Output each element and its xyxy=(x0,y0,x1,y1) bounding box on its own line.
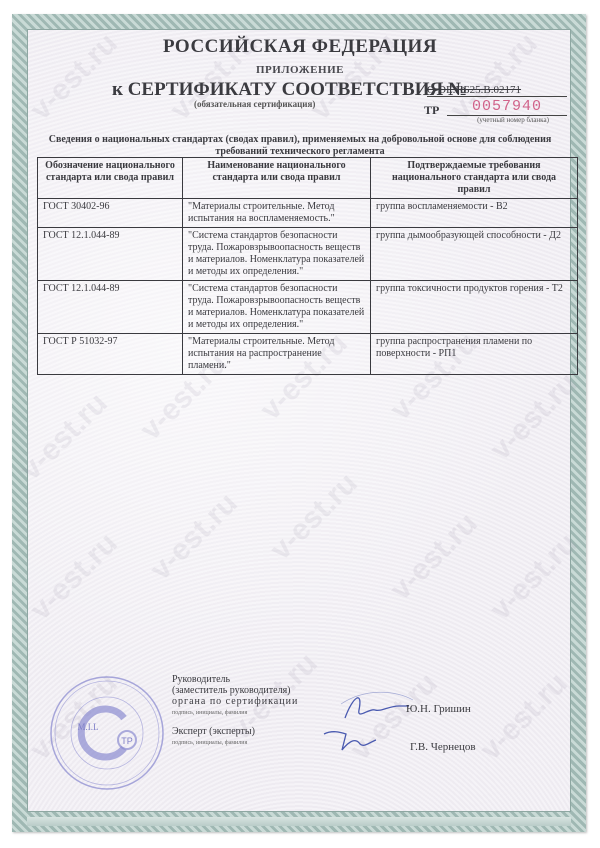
form-number-caption: (учетный номер бланка) xyxy=(458,116,568,124)
expert-label: Эксперт (эксперты) xyxy=(172,726,255,737)
certification-type: (обязательная сертификация) xyxy=(194,99,315,109)
column-header-code: Обозначение национального стандарта или … xyxy=(38,158,183,199)
standards-table: Обозначение национального стандарта или … xyxy=(37,157,578,375)
certificate-title: к СЕРТИФИКАТУ СООТВЕТСТВИЯ № xyxy=(112,79,467,101)
head-signature-icon xyxy=(335,686,415,726)
column-header-name: Наименование национального стандарта или… xyxy=(183,158,371,199)
column-header-requirement: Подтверждаемые требования национального … xyxy=(371,158,578,199)
standard-name: "Система стандартов безопасности труда. … xyxy=(183,281,371,334)
standard-code: ГОСТ Р 51032-97 xyxy=(38,334,183,375)
seal-initials: М.I.L xyxy=(78,722,99,732)
head-caption: подпись, инициалы, фамилия xyxy=(172,708,298,719)
table-row: ГОСТ 12.1.044-89 "Система стандартов без… xyxy=(38,228,578,281)
seal-mark: ТР xyxy=(121,736,133,746)
standard-requirement: группа воспламеняемости - В2 xyxy=(371,199,578,228)
head-label-line3: органа по сертификации xyxy=(172,696,298,707)
bottom-security-strip xyxy=(27,817,571,826)
expert-name: Г.В. Чернецов xyxy=(410,741,476,753)
expert-signature-icon xyxy=(320,724,380,754)
certification-seal-icon: ТР М.I.L xyxy=(48,674,166,792)
standard-requirement: группа распространения пламени по поверх… xyxy=(371,334,578,375)
certificate-number: C-DE.ПБ25.В.02171 xyxy=(427,84,567,97)
table-row: ГОСТ 30402-96 "Материалы строительные. М… xyxy=(38,199,578,228)
appendix-title: ПРИЛОЖЕНИЕ xyxy=(0,64,600,76)
standard-code: ГОСТ 12.1.044-89 xyxy=(38,281,183,334)
form-number: 0057940 xyxy=(447,98,567,116)
head-label-line2: (заместитель руководителя) xyxy=(172,685,298,696)
country-title: РОССИЙСКАЯ ФЕДЕРАЦИЯ xyxy=(0,36,600,58)
form-prefix: ТР xyxy=(424,103,439,118)
standards-intro: Сведения о национальных стандартах (свод… xyxy=(40,134,560,158)
table-row: ГОСТ 12.1.044-89 "Система стандартов без… xyxy=(38,281,578,334)
expert-caption: подпись, инициалы, фамилия xyxy=(172,738,255,749)
standard-name: "Материалы строительные. Метод испытания… xyxy=(183,334,371,375)
head-name: Ю.Н. Гришин xyxy=(406,703,471,715)
standard-name: "Система стандартов безопасности труда. … xyxy=(183,228,371,281)
standard-code: ГОСТ 12.1.044-89 xyxy=(38,228,183,281)
head-signature-label: Руководитель (заместитель руководителя) … xyxy=(172,674,298,719)
standard-requirement: группа токсичности продуктов горения - Т… xyxy=(371,281,578,334)
standard-code: ГОСТ 30402-96 xyxy=(38,199,183,228)
head-label-line1: Руководитель xyxy=(172,674,298,685)
expert-signature-label: Эксперт (эксперты) подпись, инициалы, фа… xyxy=(172,726,255,749)
table-header-row: Обозначение национального стандарта или … xyxy=(38,158,578,199)
standard-requirement: группа дымообразующей способности - Д2 xyxy=(371,228,578,281)
standard-name: "Материалы строительные. Метод испытания… xyxy=(183,199,371,228)
table-row: ГОСТ Р 51032-97 "Материалы строительные.… xyxy=(38,334,578,375)
